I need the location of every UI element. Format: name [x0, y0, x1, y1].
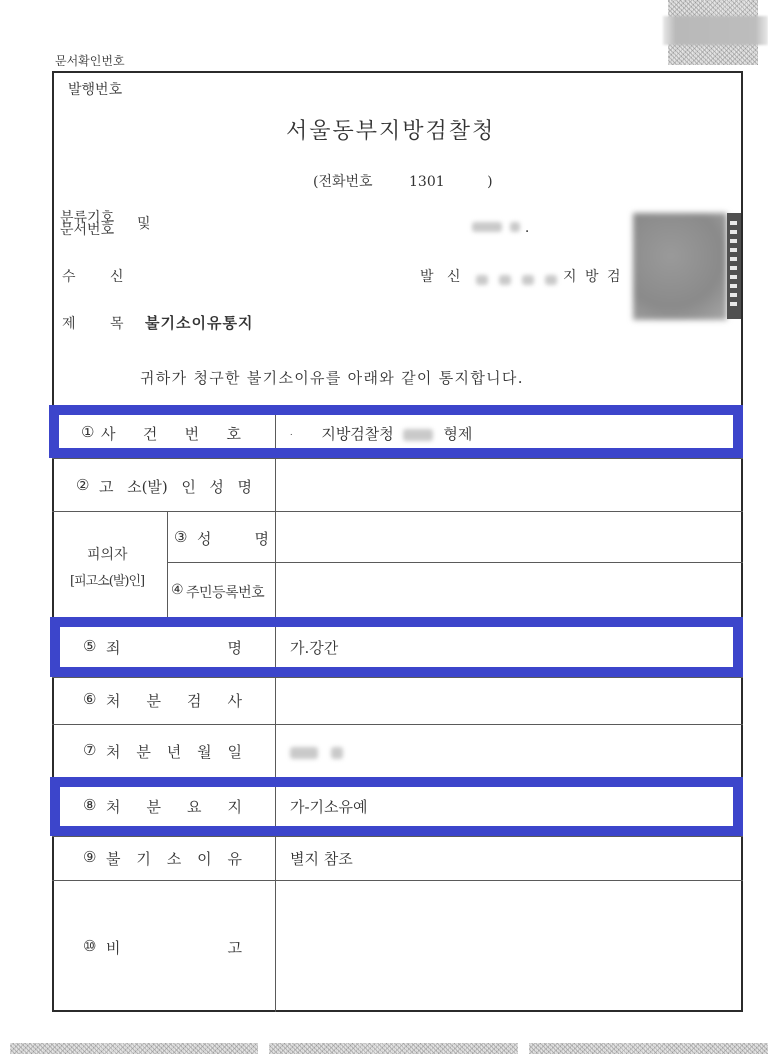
- row-label: 처 분 검 사: [106, 690, 242, 711]
- barcode-strip: [269, 1043, 518, 1054]
- recipient-label-2: 신: [110, 266, 124, 286]
- row-label: 고 소(발) 인 성 명: [99, 476, 252, 497]
- classification-label: 분류기호 문서번호: [60, 212, 114, 236]
- suspect-group-sublabel: [피고소(발)인]: [70, 570, 144, 589]
- highlight-box-case-number: [49, 405, 743, 458]
- classification-value-redacted-2: [510, 222, 520, 232]
- classification-label-line2: 문서번호: [60, 224, 114, 236]
- barcode-strip: [529, 1043, 768, 1054]
- table-line: [52, 724, 743, 725]
- row-number: ⑩: [83, 937, 96, 955]
- row-label: 처 분 년 월 일: [106, 741, 242, 762]
- sender-label-2: 신: [447, 266, 461, 286]
- highlight-box-disposition-summary: [50, 777, 743, 836]
- phone-label: (전화번호: [313, 174, 373, 190]
- highlight-box-charge: [50, 617, 743, 677]
- subject-label-1: 제: [62, 313, 76, 333]
- seal-icon: [727, 213, 741, 319]
- agency-title: 서울동부지방검찰청: [286, 114, 495, 145]
- row-number: ⑨: [83, 848, 96, 866]
- row-number: ④: [171, 582, 184, 598]
- row-value: 별지 참조: [290, 848, 353, 869]
- row-label: 비 고: [106, 937, 242, 958]
- doc-confirm-number-label: 문서확인번호: [55, 52, 125, 69]
- classification-and: 및: [137, 213, 151, 233]
- barcode-strip: [10, 1043, 258, 1054]
- table-line: [52, 511, 743, 512]
- sender-value-redacted: [476, 270, 557, 289]
- table-line: [52, 880, 743, 881]
- sender-value-suffix: 지 방 검: [563, 266, 622, 286]
- row-number: ③: [174, 528, 187, 546]
- phone-line: (전화번호 1301 ): [313, 171, 493, 191]
- phone-close: ): [487, 174, 492, 190]
- phone-value: 1301: [409, 174, 445, 190]
- table-subcolumn-divider: [167, 511, 168, 617]
- suspect-group-label: 피의자: [87, 544, 128, 564]
- subject-value: 불기소이유통지: [145, 312, 253, 333]
- sender-label-1: 발: [420, 266, 434, 286]
- table-column-divider: [275, 408, 276, 1012]
- table-line: [167, 562, 743, 563]
- row-label: 주민등록번호: [186, 582, 264, 602]
- table-line: [52, 677, 743, 678]
- subject-label-2: 목: [110, 313, 124, 333]
- row-number: ⑦: [83, 741, 96, 759]
- row-number: ②: [76, 476, 89, 494]
- notice-text: 귀하가 청구한 불기소이유를 아래와 같이 통지합니다.: [140, 367, 524, 388]
- official-stamp-redacted: [633, 213, 727, 320]
- classification-value: .: [472, 220, 529, 236]
- row-value-redacted: [290, 744, 343, 763]
- table-line: [52, 458, 743, 459]
- row-number: ⑥: [83, 690, 96, 708]
- classification-value-suffix: .: [525, 220, 529, 236]
- row-label: 성 명: [197, 528, 269, 549]
- row-label: 불 기 소 이 유: [106, 848, 242, 869]
- recipient-label-1: 수: [62, 266, 76, 286]
- issue-number-label: 발행번호: [68, 79, 122, 99]
- classification-value-redacted: [472, 222, 502, 232]
- table-line: [52, 836, 743, 837]
- redaction-bar: [663, 16, 768, 45]
